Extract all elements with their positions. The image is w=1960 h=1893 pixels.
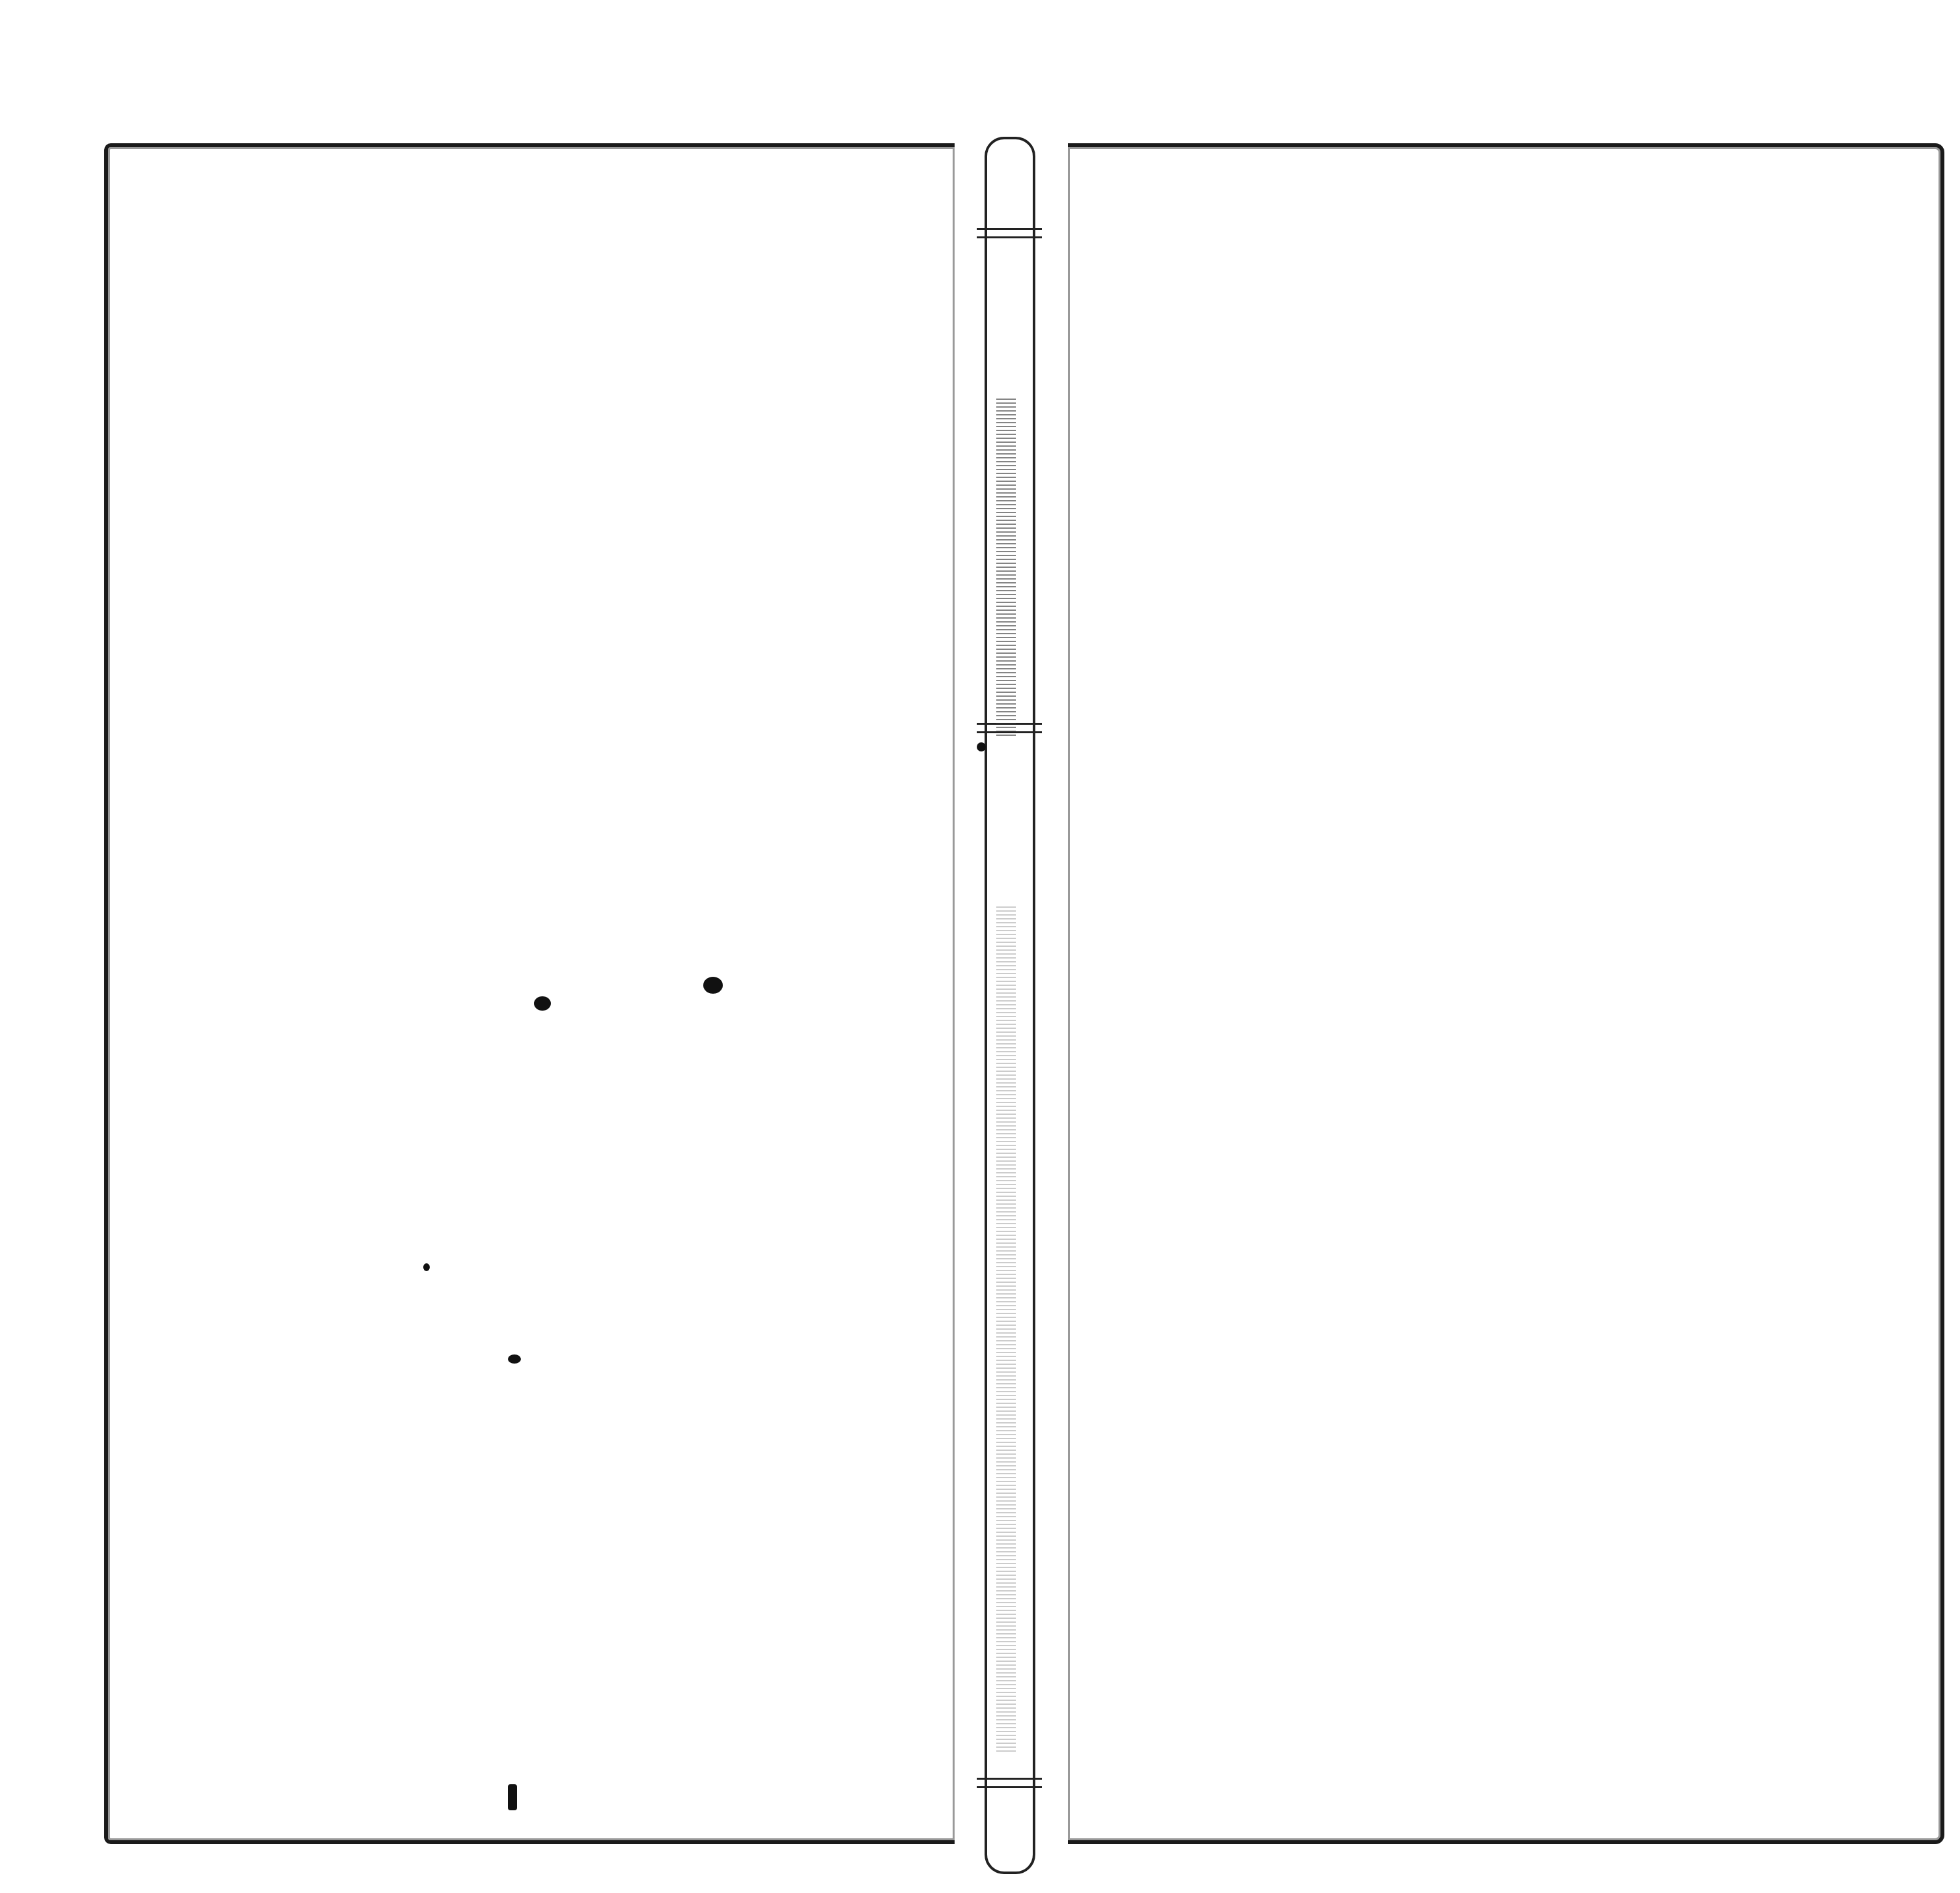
ink-speck — [977, 742, 986, 751]
binding-thread — [977, 1778, 1042, 1788]
bleed-through-text — [182, 964, 1810, 1107]
binding-thread — [977, 228, 1042, 238]
ink-speck — [703, 977, 723, 994]
open-book — [104, 124, 1953, 1843]
ink-speck — [423, 1263, 430, 1271]
ink-speck — [534, 996, 551, 1011]
ink-speck — [508, 1354, 521, 1364]
ink-speck — [508, 1784, 517, 1810]
spine-shading — [996, 397, 1016, 736]
